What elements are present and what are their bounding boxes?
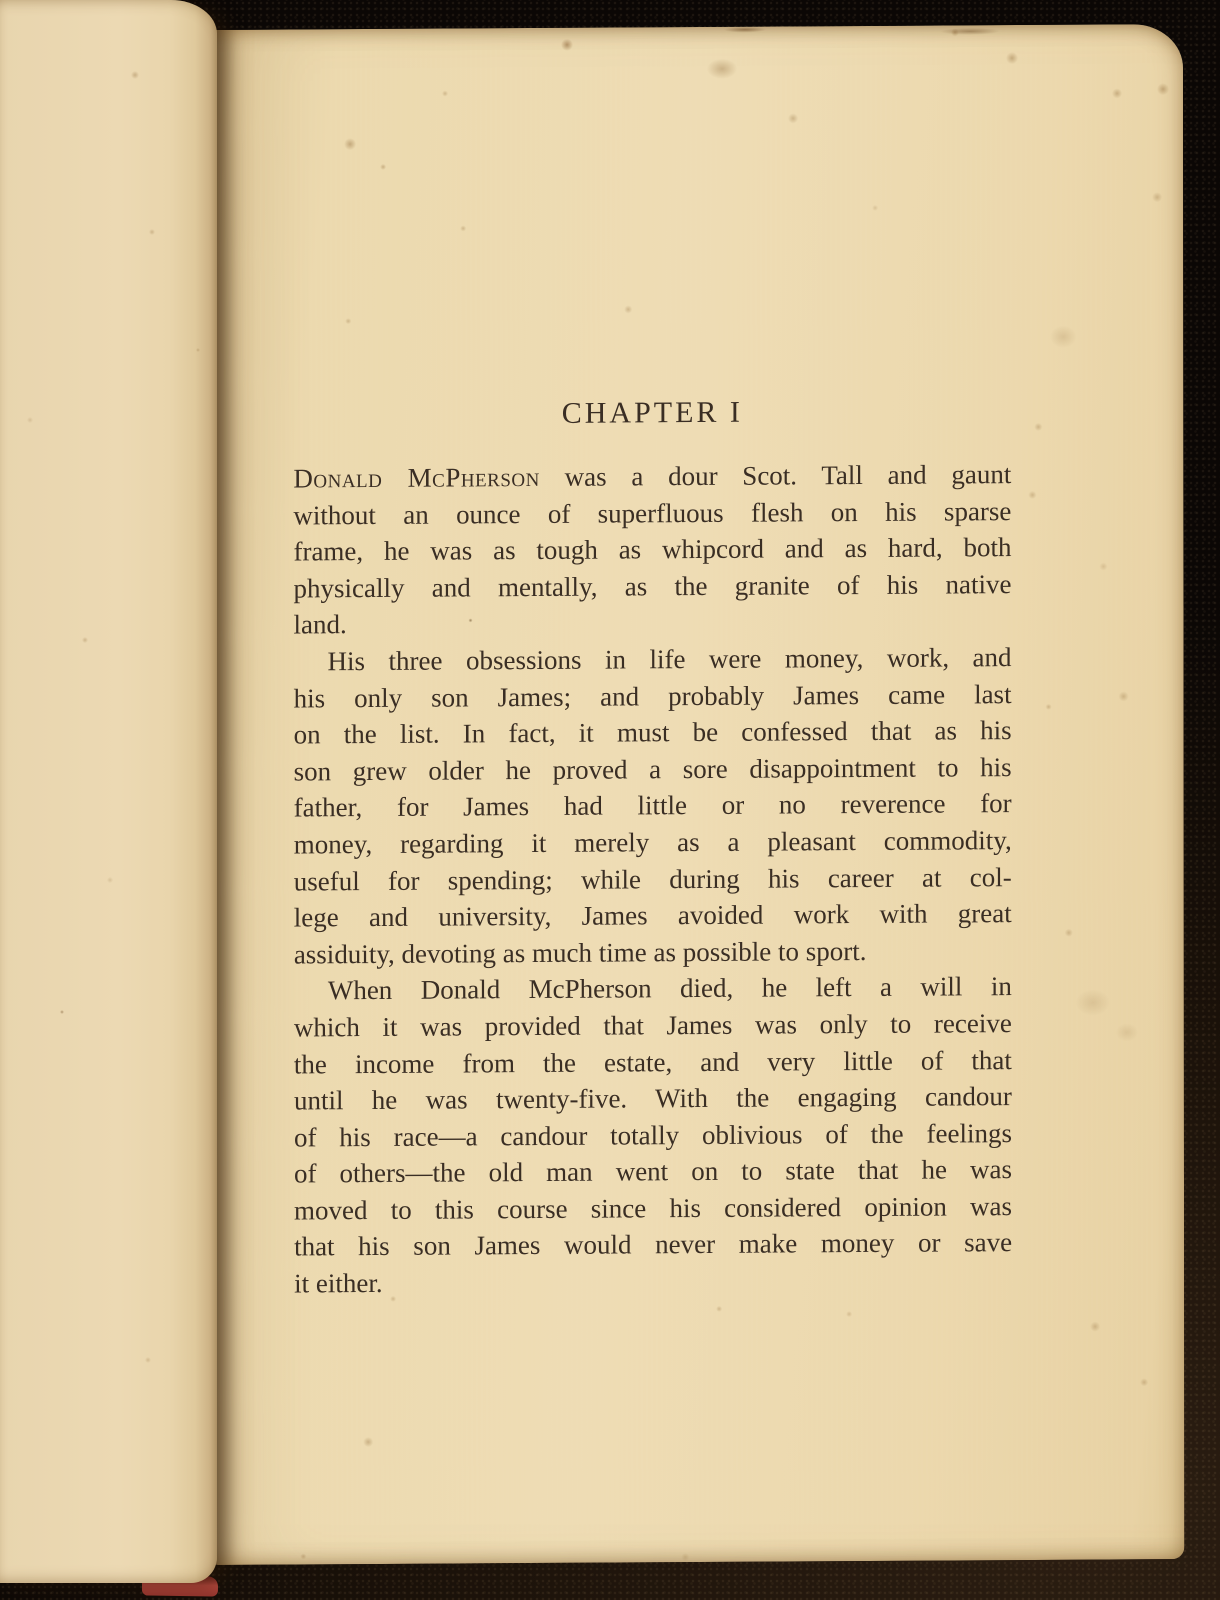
text-line: without an ounce of superfluous flesh on… — [293, 493, 1011, 534]
text-line: His three obsessions in life were money,… — [294, 639, 1012, 680]
text-line: physically and mentally, as the granite … — [293, 566, 1011, 607]
text-line: land. — [294, 602, 1012, 643]
text-line: frame, he was as tough as whipcord and a… — [293, 529, 1011, 570]
text-line: his only son James; and probably James c… — [294, 676, 1012, 717]
text-line: lege and university, James avoided work … — [294, 895, 1012, 936]
book-page: CHAPTER I Donald McPherson was a dour Sc… — [205, 24, 1184, 1565]
text-line: useful for spending; while during his ca… — [294, 859, 1012, 900]
paragraph: When Donald McPherson died, he left a wi… — [294, 968, 1012, 1302]
paragraph: His three obsessions in life were money,… — [294, 639, 1012, 973]
lead-small-caps: Donald McPherson — [293, 462, 539, 494]
text-line: assiduity, devoting as much time as poss… — [294, 932, 1012, 973]
text-line: of others—the old man went on to state t… — [294, 1151, 1012, 1192]
book-photo: CHAPTER I Donald McPherson was a dour Sc… — [0, 0, 1220, 1600]
text-line: the income from the estate, and very lit… — [294, 1042, 1012, 1083]
body-text: Donald McPherson was a dour Scot. Tall a… — [293, 456, 1012, 1302]
paragraph: Donald McPherson was a dour Scot. Tall a… — [293, 456, 1011, 643]
text-line: of his race—a candour totally oblivious … — [294, 1115, 1012, 1156]
text-line: When Donald McPherson died, he left a wi… — [294, 968, 1012, 1009]
text-line: it either. — [294, 1261, 1012, 1302]
text-line: on the list. In fact, it must be confess… — [294, 712, 1012, 753]
previous-page-edge — [0, 0, 217, 1583]
text-line: father, for James had little or no rever… — [294, 785, 1012, 826]
text-line: Donald McPherson was a dour Scot. Tall a… — [293, 456, 1011, 497]
text-block: CHAPTER I Donald McPherson was a dour Sc… — [293, 393, 1012, 1302]
text-line: money, regarding it merely as a pleasant… — [294, 822, 1012, 863]
text-line: moved to this course since his considere… — [294, 1188, 1012, 1229]
text-line: son grew older he proved a sore disappoi… — [294, 749, 1012, 790]
text-line: which it was provided that James was onl… — [294, 1005, 1012, 1046]
text-line: until he was twenty-five. With the engag… — [294, 1078, 1012, 1119]
text-line: that his son James would never make mone… — [294, 1225, 1012, 1266]
chapter-heading: CHAPTER I — [293, 393, 1011, 433]
